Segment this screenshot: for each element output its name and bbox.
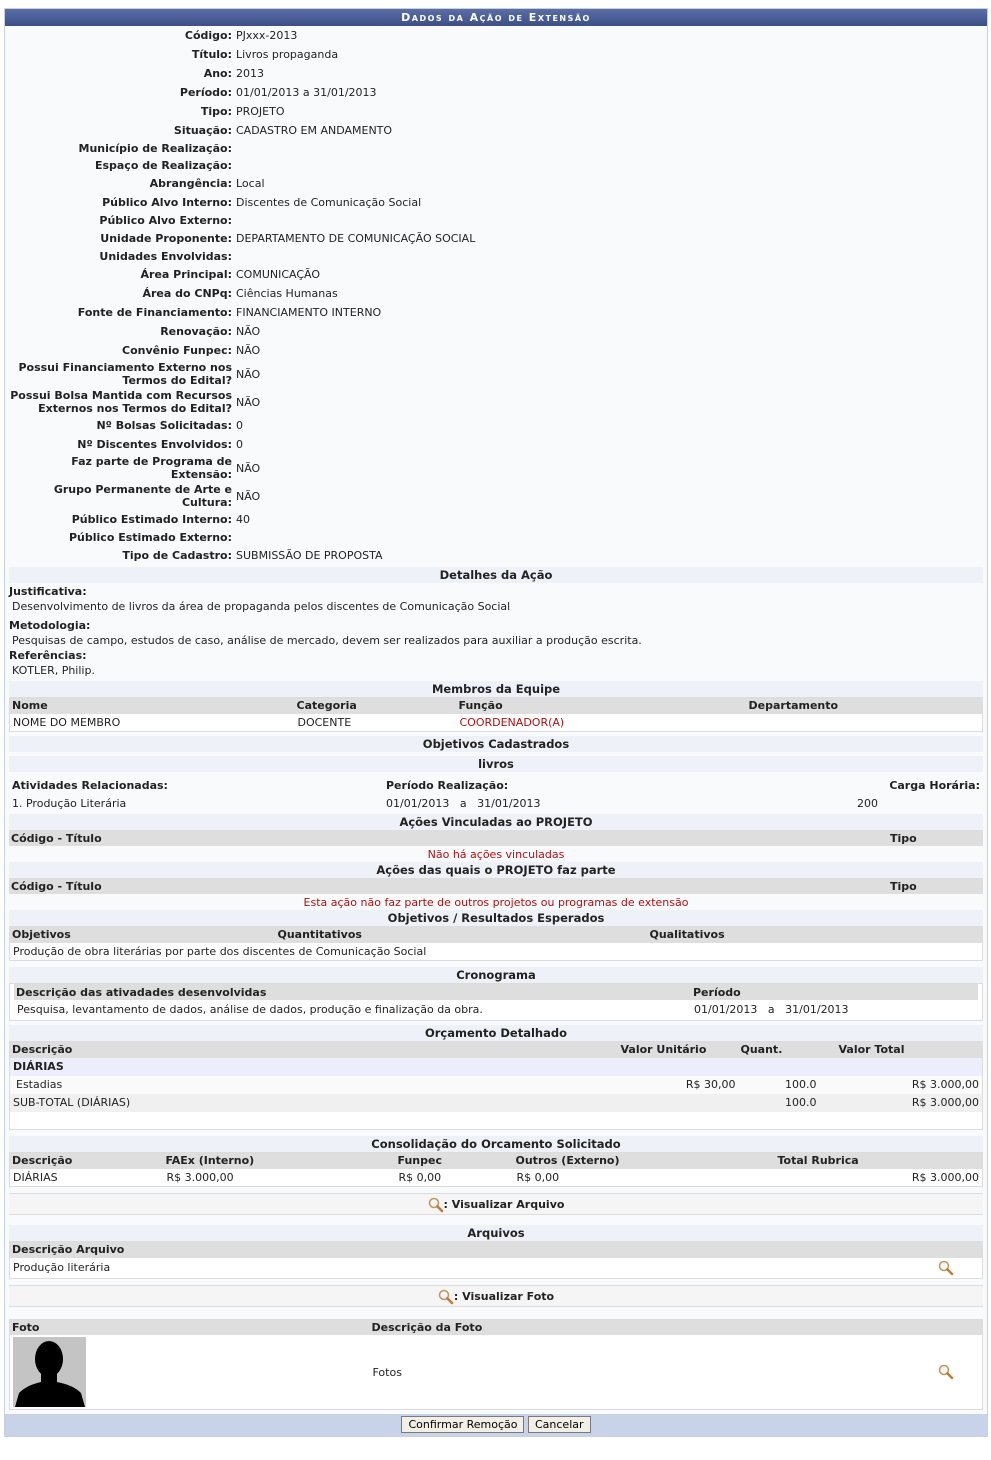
field-label: Possui Financiamento Externo nos Termos …: [5, 360, 234, 388]
field-value: [234, 212, 987, 229]
field-label: Área do CNPq:: [5, 284, 234, 303]
field-value: [234, 140, 987, 157]
field-row: Público Estimado Interno:40: [5, 510, 987, 529]
field-label: Nº Discentes Envolvidos:: [5, 435, 234, 454]
files-table: Descrição Arquivo Produção literária: [9, 1241, 983, 1279]
field-value: PROJETO: [234, 102, 987, 121]
schedule-table: Descrição das ativadades desenvolvidas P…: [14, 984, 978, 1018]
table-row: Produção literária: [10, 1258, 983, 1279]
subtotal-desc: SUB-TOTAL (DIÁRIAS): [10, 1094, 739, 1112]
table-row: Fotos: [10, 1335, 983, 1410]
field-row: Município de Realização:: [5, 140, 987, 157]
field-label: Possui Bolsa Mantida com Recursos Extern…: [5, 388, 234, 416]
schedule-period: 01/01/2013 a 31/01/2013: [691, 1000, 978, 1018]
col-tipo: Tipo: [888, 878, 983, 894]
member-name: NOME DO MEMBRO: [10, 714, 295, 732]
field-label: Faz parte de Programa de Extensão:: [5, 454, 234, 482]
empty-message: Esta ação não faz parte de outros projet…: [9, 894, 983, 910]
field-row: Renovação:NÃO: [5, 322, 987, 341]
field-value: 0: [234, 416, 987, 435]
field-label: Unidade Proponente:: [5, 229, 234, 248]
col-outros: Outros (Externo): [514, 1153, 776, 1169]
schedule-box: Descrição das ativadades desenvolvidas P…: [9, 983, 983, 1021]
activity-name: 1. Produção Literária: [9, 794, 383, 812]
field-row: Público Alvo Interno:Discentes de Comuni…: [5, 193, 987, 212]
field-label: Convênio Funpec:: [5, 341, 234, 360]
field-label: Área Principal:: [5, 265, 234, 284]
field-label: Ano:: [5, 64, 234, 83]
legend-visualizar-foto: : Visualizar Foto: [9, 1285, 983, 1307]
field-row: Faz parte de Programa de Extensão:NÃO: [5, 454, 987, 482]
field-row: Tipo de Cadastro:SUBMISSÃO DE PROPOSTA: [5, 546, 987, 565]
field-value: 01/01/2013 a 31/01/2013: [234, 83, 987, 102]
field-value: PJxxx-2013: [234, 26, 987, 45]
section-title-objetivos: Objetivos Cadastrados: [9, 736, 983, 752]
field-label: Abrangência:: [5, 174, 234, 193]
photos-table: Foto Descrição da Foto Fotos: [9, 1319, 983, 1411]
field-row: Situação:CADASTRO EM ANDAMENTO: [5, 121, 987, 140]
field-label: Grupo Permanente de Arte e Cultura:: [5, 482, 234, 510]
field-value: 40: [234, 510, 987, 529]
section-title-detalhes: Detalhes da Ação: [9, 567, 983, 583]
col-objetivos: Objetivos: [10, 927, 276, 943]
cancel-button[interactable]: Cancelar: [528, 1416, 591, 1433]
col-valor-unitario: Valor Unitário: [619, 1042, 739, 1058]
col-valor-total: Valor Total: [837, 1042, 983, 1058]
field-value: Ciências Humanas: [234, 284, 987, 303]
field-label: Espaço de Realização:: [5, 157, 234, 174]
field-label: Tipo:: [5, 102, 234, 121]
section-title-resultados: Objetivos / Resultados Esperados: [9, 910, 983, 926]
referencias-text: KOTLER, Philip.: [5, 662, 987, 681]
col-atividades: Atividades Relacionadas:: [9, 776, 383, 794]
field-value: Discentes de Comunicação Social: [234, 193, 987, 212]
period-sep: a: [460, 797, 467, 810]
field-value: COMUNICAÇÃO: [234, 265, 987, 284]
magnifier-icon[interactable]: [938, 1260, 954, 1276]
consolidation-table: Descrição FAEx (Interno) Funpec Outros (…: [9, 1152, 983, 1187]
field-value: NÃO: [234, 388, 987, 416]
col-descricao-atividades: Descrição das ativadades desenvolvidas: [14, 984, 691, 1000]
col-carga-horaria: Carga Horária:: [818, 776, 983, 794]
field-label: Unidades Envolvidas:: [5, 248, 234, 265]
field-value: FINANCIAMENTO INTERNO: [234, 303, 987, 322]
field-label: Período:: [5, 83, 234, 102]
view-photo-button[interactable]: [935, 1335, 983, 1410]
activities-table: Atividades Relacionadas: Período Realiza…: [9, 776, 983, 812]
section-title-cronograma: Cronograma: [9, 967, 983, 983]
col-codigo-titulo: Código - Título: [9, 878, 888, 894]
col-descricao-arquivo: Descrição Arquivo: [10, 1242, 983, 1258]
period-sep: a: [768, 1003, 775, 1016]
result-objective: Produção de obra literárias por parte do…: [10, 943, 983, 961]
period-start: 01/01/2013: [694, 1003, 757, 1016]
field-row: Nº Bolsas Solicitadas:0: [5, 416, 987, 435]
table-row: DIÁRIAS R$ 3.000,00 R$ 0,00 R$ 0,00 R$ 3…: [10, 1169, 983, 1187]
field-label: Público Alvo Interno:: [5, 193, 234, 212]
col-codigo-titulo: Código - Título: [9, 830, 888, 846]
person-silhouette-icon: [13, 1337, 86, 1407]
table-row: NOME DO MEMBRO DOCENTE COORDENADOR(A): [10, 714, 983, 732]
activity-period: 01/01/2013 a 31/01/2013: [383, 794, 818, 812]
justificativa-label: Justificativa:: [5, 583, 987, 598]
col-funcao: Função: [457, 698, 747, 714]
table-row: Estadias R$ 30,00 100.0 R$ 3.000,00: [10, 1076, 983, 1094]
budget-subtotal-row: SUB-TOTAL (DIÁRIAS) 100.0 R$ 3.000,00: [10, 1094, 983, 1112]
parent-actions-table: Código - Título Tipo Esta ação não faz p…: [9, 878, 983, 910]
metodologia-label: Metodologia:: [5, 617, 987, 632]
field-value: NÃO: [234, 341, 987, 360]
col-total-rubrica: Total Rubrica: [776, 1153, 983, 1169]
field-value: NÃO: [234, 454, 987, 482]
table-row: Produção de obra literárias por parte do…: [10, 943, 983, 961]
field-value: 0: [234, 435, 987, 454]
col-foto: Foto: [10, 1319, 370, 1335]
magnifier-icon[interactable]: [938, 1364, 954, 1380]
field-row: Convênio Funpec:NÃO: [5, 341, 987, 360]
field-row: Abrangência:Local: [5, 174, 987, 193]
justificativa-text: Desenvolvimento de livros da área de pro…: [5, 598, 987, 617]
field-value: 2013: [234, 64, 987, 83]
field-label: Público Estimado Interno:: [5, 510, 234, 529]
col-quant: Quant.: [739, 1042, 837, 1058]
section-title-faz-parte: Ações das quais o PROJETO faz parte: [9, 862, 983, 878]
col-qualitativos: Qualitativos: [648, 927, 983, 943]
field-row: Título:Livros propaganda: [5, 45, 987, 64]
field-value: NÃO: [234, 482, 987, 510]
field-value: Local: [234, 174, 987, 193]
field-label: Nº Bolsas Solicitadas:: [5, 416, 234, 435]
col-descricao-foto: Descrição da Foto: [370, 1319, 983, 1335]
consol-faex: R$ 3.000,00: [164, 1169, 396, 1187]
confirm-removal-button[interactable]: Confirmar Remoção: [401, 1416, 524, 1433]
legend-text: : Visualizar Arquivo: [444, 1198, 565, 1211]
period-start: 01/01/2013: [386, 797, 449, 810]
col-descricao: Descrição: [10, 1042, 619, 1058]
field-value: Livros propaganda: [234, 45, 987, 64]
col-departamento: Departamento: [747, 698, 983, 714]
table-row: Pesquisa, levantamento de dados, análise…: [14, 1000, 978, 1018]
subtotal-qty: 100.0: [739, 1094, 837, 1112]
section-title-arquivos: Arquivos: [9, 1225, 983, 1241]
field-label: Fonte de Financiamento:: [5, 303, 234, 322]
magnifier-icon: [438, 1289, 454, 1305]
results-table: Objetivos Quantitativos Qualitativos Pro…: [9, 926, 983, 961]
col-descricao: Descrição: [10, 1153, 164, 1169]
consol-funpec: R$ 0,00: [396, 1169, 514, 1187]
field-label: Título:: [5, 45, 234, 64]
field-label: Situação:: [5, 121, 234, 140]
field-value: [234, 157, 987, 174]
section-title-vinculadas: Ações Vinculadas ao PROJETO: [9, 814, 983, 830]
field-row: Código:PJxxx-2013: [5, 26, 987, 45]
linked-actions-table: Código - Título Tipo Não há ações vincul…: [9, 830, 983, 862]
legend-visualizar-arquivo: : Visualizar Arquivo: [9, 1193, 983, 1215]
members-table: Nome Categoria Função Departamento NOME …: [9, 697, 983, 732]
field-label: Público Estimado Externo:: [5, 529, 234, 546]
field-value: CADASTRO EM ANDAMENTO: [234, 121, 987, 140]
empty-message: Não há ações vinculadas: [9, 846, 983, 862]
member-role: COORDENADOR(A): [457, 714, 747, 732]
section-title-consolidacao: Consolidação do Orcamento Solicitado: [9, 1136, 983, 1152]
col-categoria: Categoria: [295, 698, 457, 714]
photo-description: Fotos: [370, 1335, 936, 1410]
photo-thumbnail: [13, 1337, 86, 1407]
view-file-button[interactable]: [935, 1258, 983, 1279]
budget-table: Descrição Valor Unitário Quant. Valor To…: [9, 1041, 983, 1130]
activity-hours: 200: [818, 794, 983, 812]
subtotal-total: R$ 3.000,00: [837, 1094, 983, 1112]
field-row: Grupo Permanente de Arte e Cultura:NÃO: [5, 482, 987, 510]
field-row: Tipo:PROJETO: [5, 102, 987, 121]
member-category: DOCENTE: [295, 714, 457, 732]
spacer: [10, 1112, 983, 1130]
field-value: NÃO: [234, 322, 987, 341]
budget-item-desc: Estadias: [10, 1076, 619, 1094]
col-quantitativos: Quantitativos: [276, 927, 648, 943]
field-value: SUBMISSÃO DE PROPOSTA: [234, 546, 987, 565]
field-value: [234, 248, 987, 265]
consol-desc: DIÁRIAS: [10, 1169, 164, 1187]
referencias-label: Referências:: [5, 647, 987, 662]
consol-total: R$ 3.000,00: [776, 1169, 983, 1187]
budget-group: DIÁRIAS: [10, 1058, 983, 1076]
budget-item-total: R$ 3.000,00: [837, 1076, 983, 1094]
col-nome: Nome: [10, 698, 295, 714]
field-label: Município de Realização:: [5, 140, 234, 157]
panel-title: Dados da Ação de Extensão: [5, 9, 987, 26]
field-label: Código:: [5, 26, 234, 45]
col-periodo-realizacao: Período Realização:: [383, 776, 818, 794]
field-label: Renovação:: [5, 322, 234, 341]
field-row: Fonte de Financiamento:FINANCIAMENTO INT…: [5, 303, 987, 322]
photo-cell: [10, 1335, 370, 1410]
field-row: Espaço de Realização:: [5, 157, 987, 174]
legend-text: : Visualizar Foto: [454, 1290, 554, 1303]
field-row: Possui Financiamento Externo nos Termos …: [5, 360, 987, 388]
col-funpec: Funpec: [396, 1153, 514, 1169]
col-periodo: Período: [691, 984, 978, 1000]
member-department: [747, 714, 983, 732]
field-row: Unidade Proponente:DEPARTAMENTO DE COMUN…: [5, 229, 987, 248]
budget-group-row: DIÁRIAS: [10, 1058, 983, 1076]
field-label: Público Alvo Externo:: [5, 212, 234, 229]
section-title-membros: Membros da Equipe: [9, 681, 983, 697]
field-row: Unidades Envolvidas:: [5, 248, 987, 265]
field-row: Ano:2013: [5, 64, 987, 83]
period-end: 31/01/2013: [477, 797, 540, 810]
field-row: Público Alvo Externo:: [5, 212, 987, 229]
field-value: DEPARTAMENTO DE COMUNICAÇÃO SOCIAL: [234, 229, 987, 248]
budget-item-unit: R$ 30,00: [619, 1076, 739, 1094]
field-row: Possui Bolsa Mantida com Recursos Extern…: [5, 388, 987, 416]
field-row: Área do CNPq:Ciências Humanas: [5, 284, 987, 303]
schedule-description: Pesquisa, levantamento de dados, análise…: [14, 1000, 691, 1018]
field-row: Público Estimado Externo:: [5, 529, 987, 546]
form-footer: Confirmar Remoção Cancelar: [5, 1414, 987, 1436]
col-faex: FAEx (Interno): [164, 1153, 396, 1169]
field-row: Área Principal:COMUNICAÇÃO: [5, 265, 987, 284]
period-end: 31/01/2013: [785, 1003, 848, 1016]
field-row: Nº Discentes Envolvidos:0: [5, 435, 987, 454]
field-row: Período:01/01/2013 a 31/01/2013: [5, 83, 987, 102]
budget-item-qty: 100.0: [739, 1076, 837, 1094]
section-title-orcamento: Orçamento Detalhado: [9, 1025, 983, 1041]
magnifier-icon: [428, 1197, 444, 1213]
details-list: Código:PJxxx-2013Título:Livros propagand…: [5, 26, 987, 565]
objective-name: livros: [9, 756, 983, 772]
file-description: Produção literária: [10, 1258, 936, 1279]
form-panel: Dados da Ação de Extensão Código:PJxxx-2…: [4, 8, 988, 1437]
field-value: NÃO: [234, 360, 987, 388]
table-row: 1. Produção Literária 01/01/2013 a 31/01…: [9, 794, 983, 812]
field-value: [234, 529, 987, 546]
consol-outros: R$ 0,00: [514, 1169, 776, 1187]
col-tipo: Tipo: [888, 830, 983, 846]
field-label: Tipo de Cadastro:: [5, 546, 234, 565]
